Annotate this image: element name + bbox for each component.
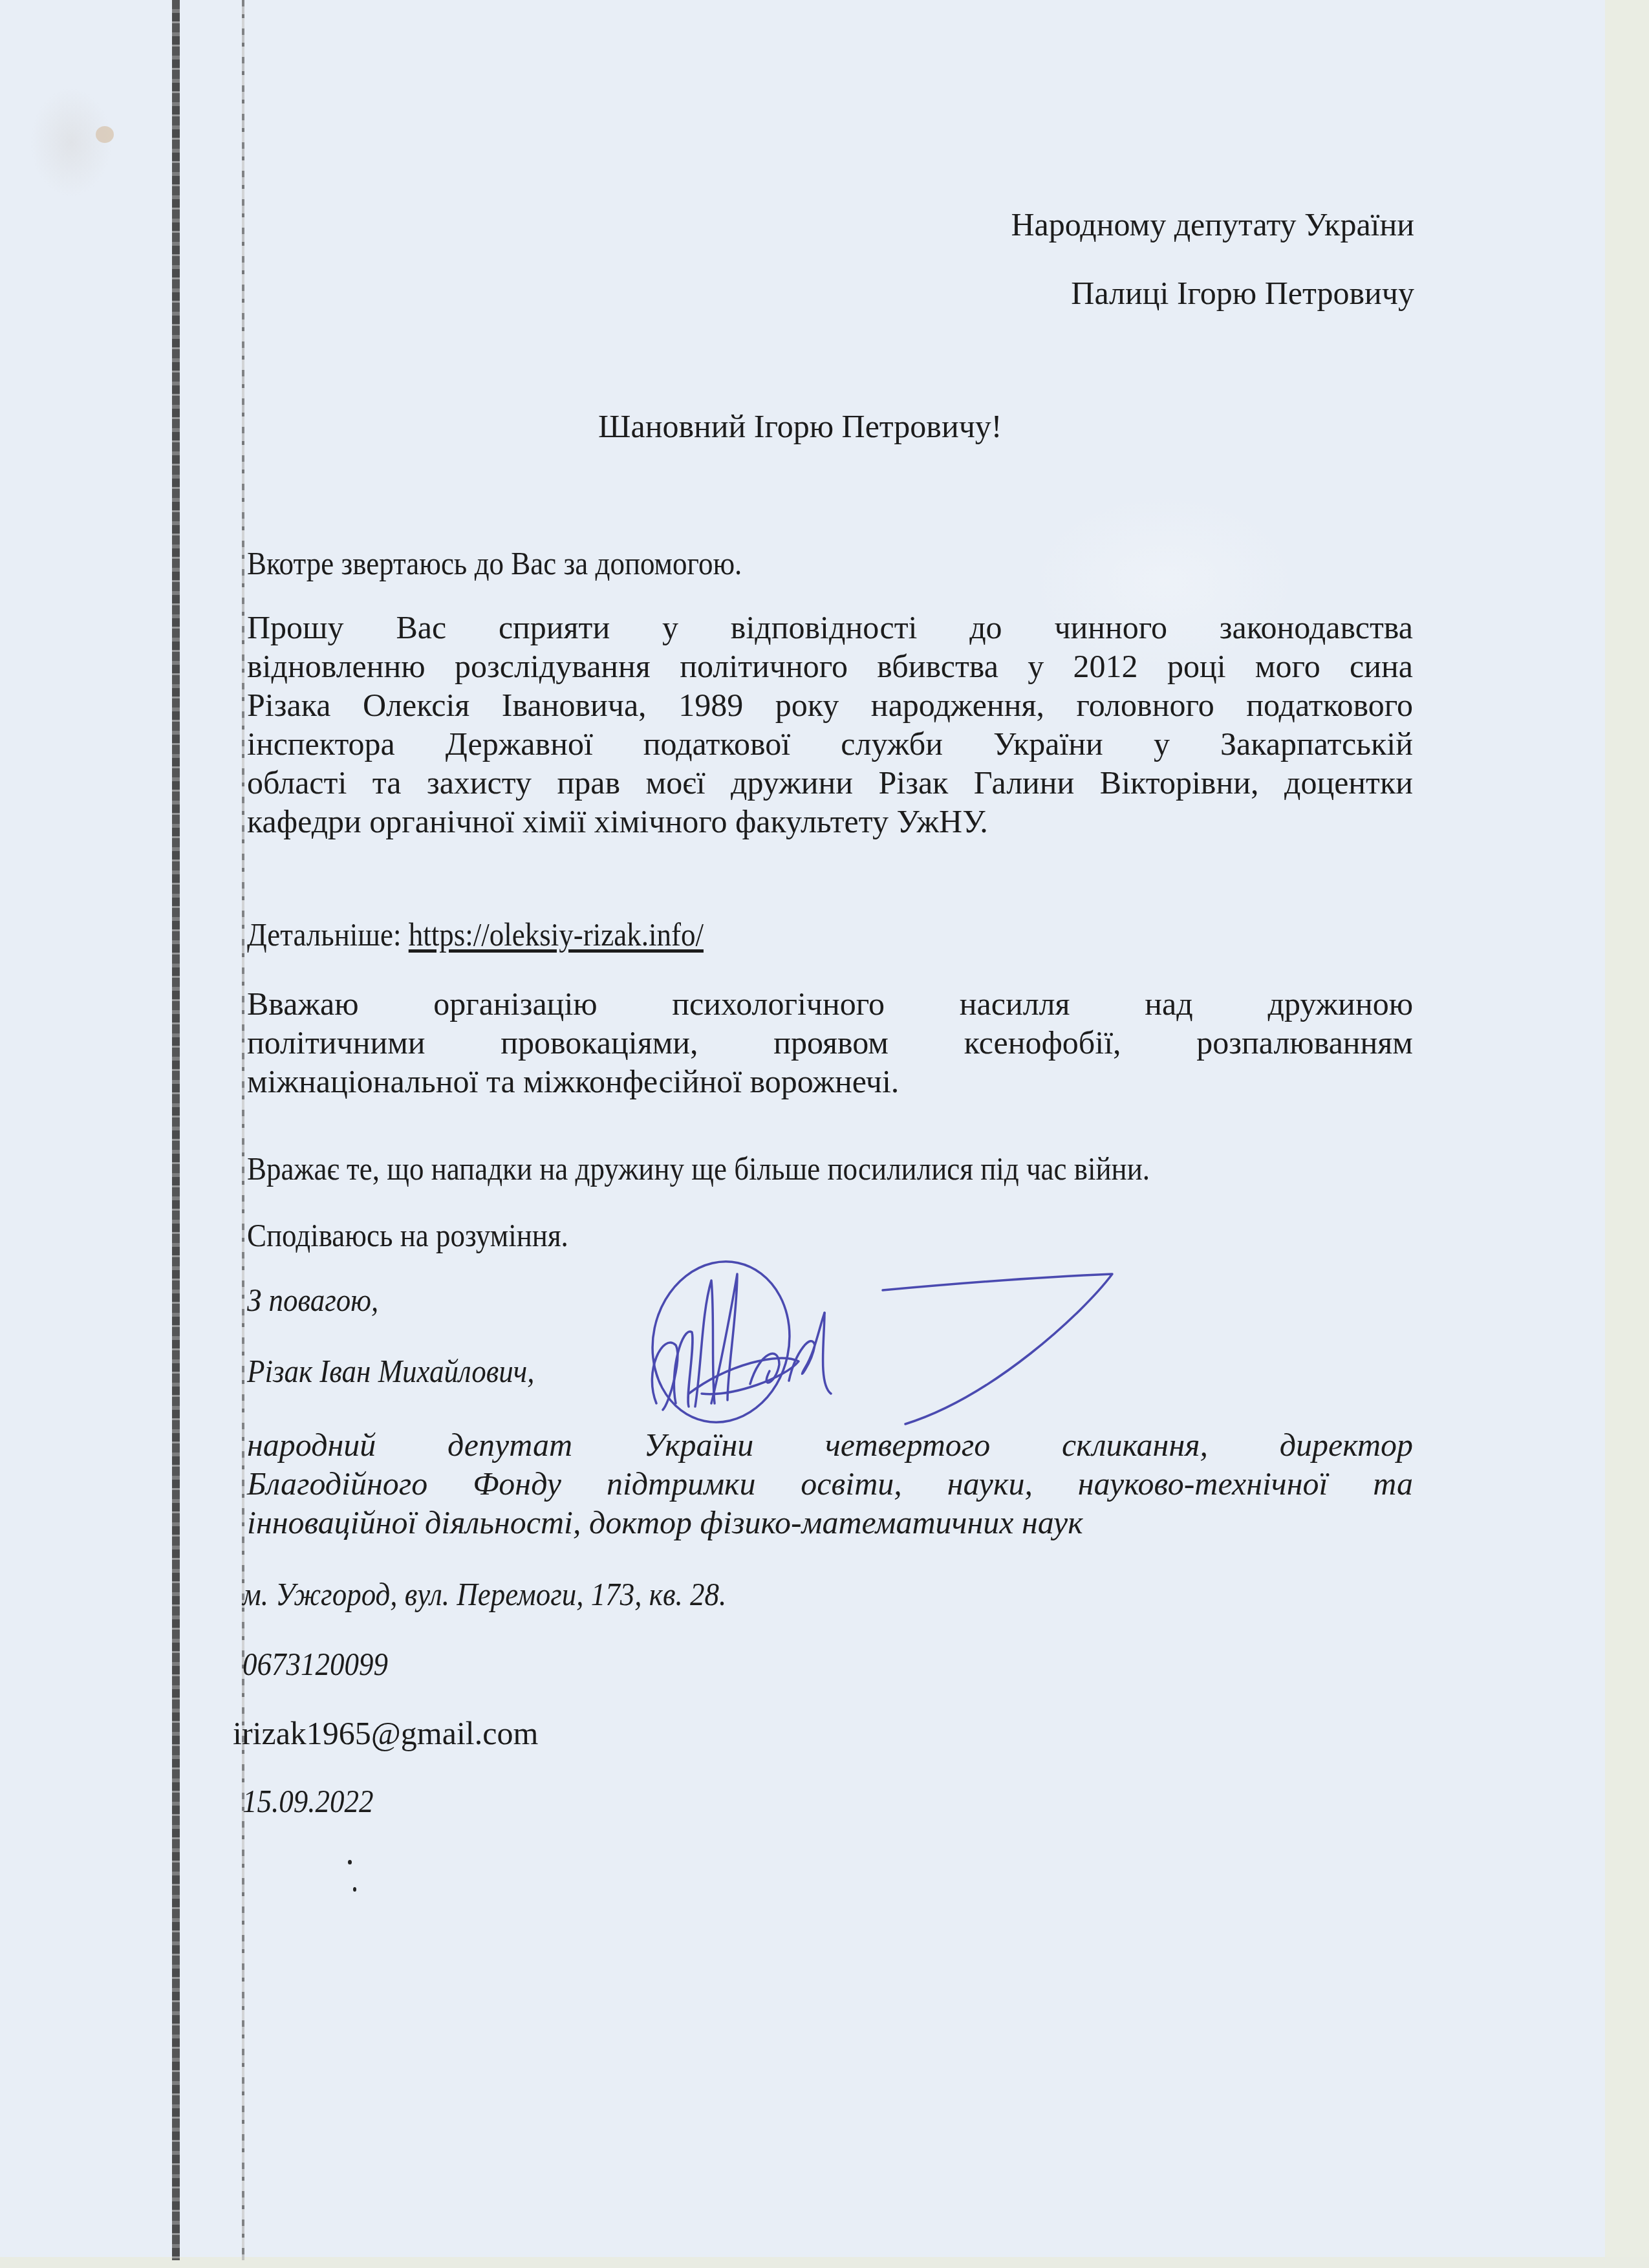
scanner-bed-bottom [0,2257,1649,2268]
scanned-page [0,0,1605,2257]
paragraph-5: Вражає те, що нападки на дружину ще біль… [247,1152,1150,1185]
salutation: Шановний Ігорю Петровичу! [598,410,1002,442]
paragraph-1: Вкотре звертаюсь до Вас за допомогою. [247,547,742,579]
paragraph-4-line: міжнаціональної та міжконфесійної ворожн… [247,1062,1413,1101]
signer-title-line: народний депутат України четвертого скли… [247,1425,1413,1464]
paragraph-2-line: кафедри органічної хімії хімічного факул… [247,802,1413,841]
paragraph-2: Прошу Вас сприяти у відповідності до чин… [247,608,1413,841]
stray-mark [353,1887,356,1892]
paragraph-4-line: Вважаю організацію психологічного насилл… [247,984,1413,1023]
signer-title-line: Благодійного Фонду підтримки освіти, нау… [247,1464,1413,1503]
signer-email[interactable]: irizak1965@gmail.com [233,1717,538,1749]
scan-streak-thin [242,0,244,2260]
details-line: Детальніше: https://oleksiy-rizak.info/ [247,918,704,951]
paper-stain [96,126,114,143]
paragraph-2-line: інспектора Державної податкової служби У… [247,724,1413,763]
signer-phone: 0673120099 [242,1648,388,1680]
details-label: Детальніше: [247,916,402,953]
stray-mark [348,1860,352,1864]
addressee-line-1: Народному депутату України [1011,208,1414,241]
signer-title-line: інноваційної діяльності, доктор фізико-м… [247,1503,1413,1542]
paragraph-2-line: області та захисту прав моєї дружини Різ… [247,763,1413,802]
details-link[interactable]: https://oleksiy-rizak.info/ [409,916,704,953]
handwritten-signature [630,1255,1193,1429]
paragraph-2-line: Прошу Вас сприяти у відповідності до чин… [247,608,1413,647]
addressee-line-2: Палиці Ігорю Петровичу [1071,277,1414,309]
paragraph-2-line: Різака Олексія Івановича, 1989 року наро… [247,686,1413,724]
paragraph-2-line: відновленню розслідування політичного вб… [247,647,1413,686]
signer-name: Різак Іван Михайлович, [247,1355,534,1387]
scan-streak [172,0,180,2260]
paragraph-6: Сподіваюсь на розуміння. [247,1219,568,1251]
closing-regards: З повагою, [247,1284,378,1316]
scanner-bed-right [1605,0,1649,2268]
paragraph-4: Вважаю організацію психологічного насилл… [247,984,1413,1101]
paragraph-4-line: політичними провокаціями, проявом ксеноф… [247,1023,1413,1062]
signer-title: народний депутат України четвертого скли… [247,1425,1413,1542]
signer-address: м. Ужгород, вул. Перемоги, 173, кв. 28. [242,1578,726,1610]
letter-date: 15.09.2022 [242,1785,374,1817]
